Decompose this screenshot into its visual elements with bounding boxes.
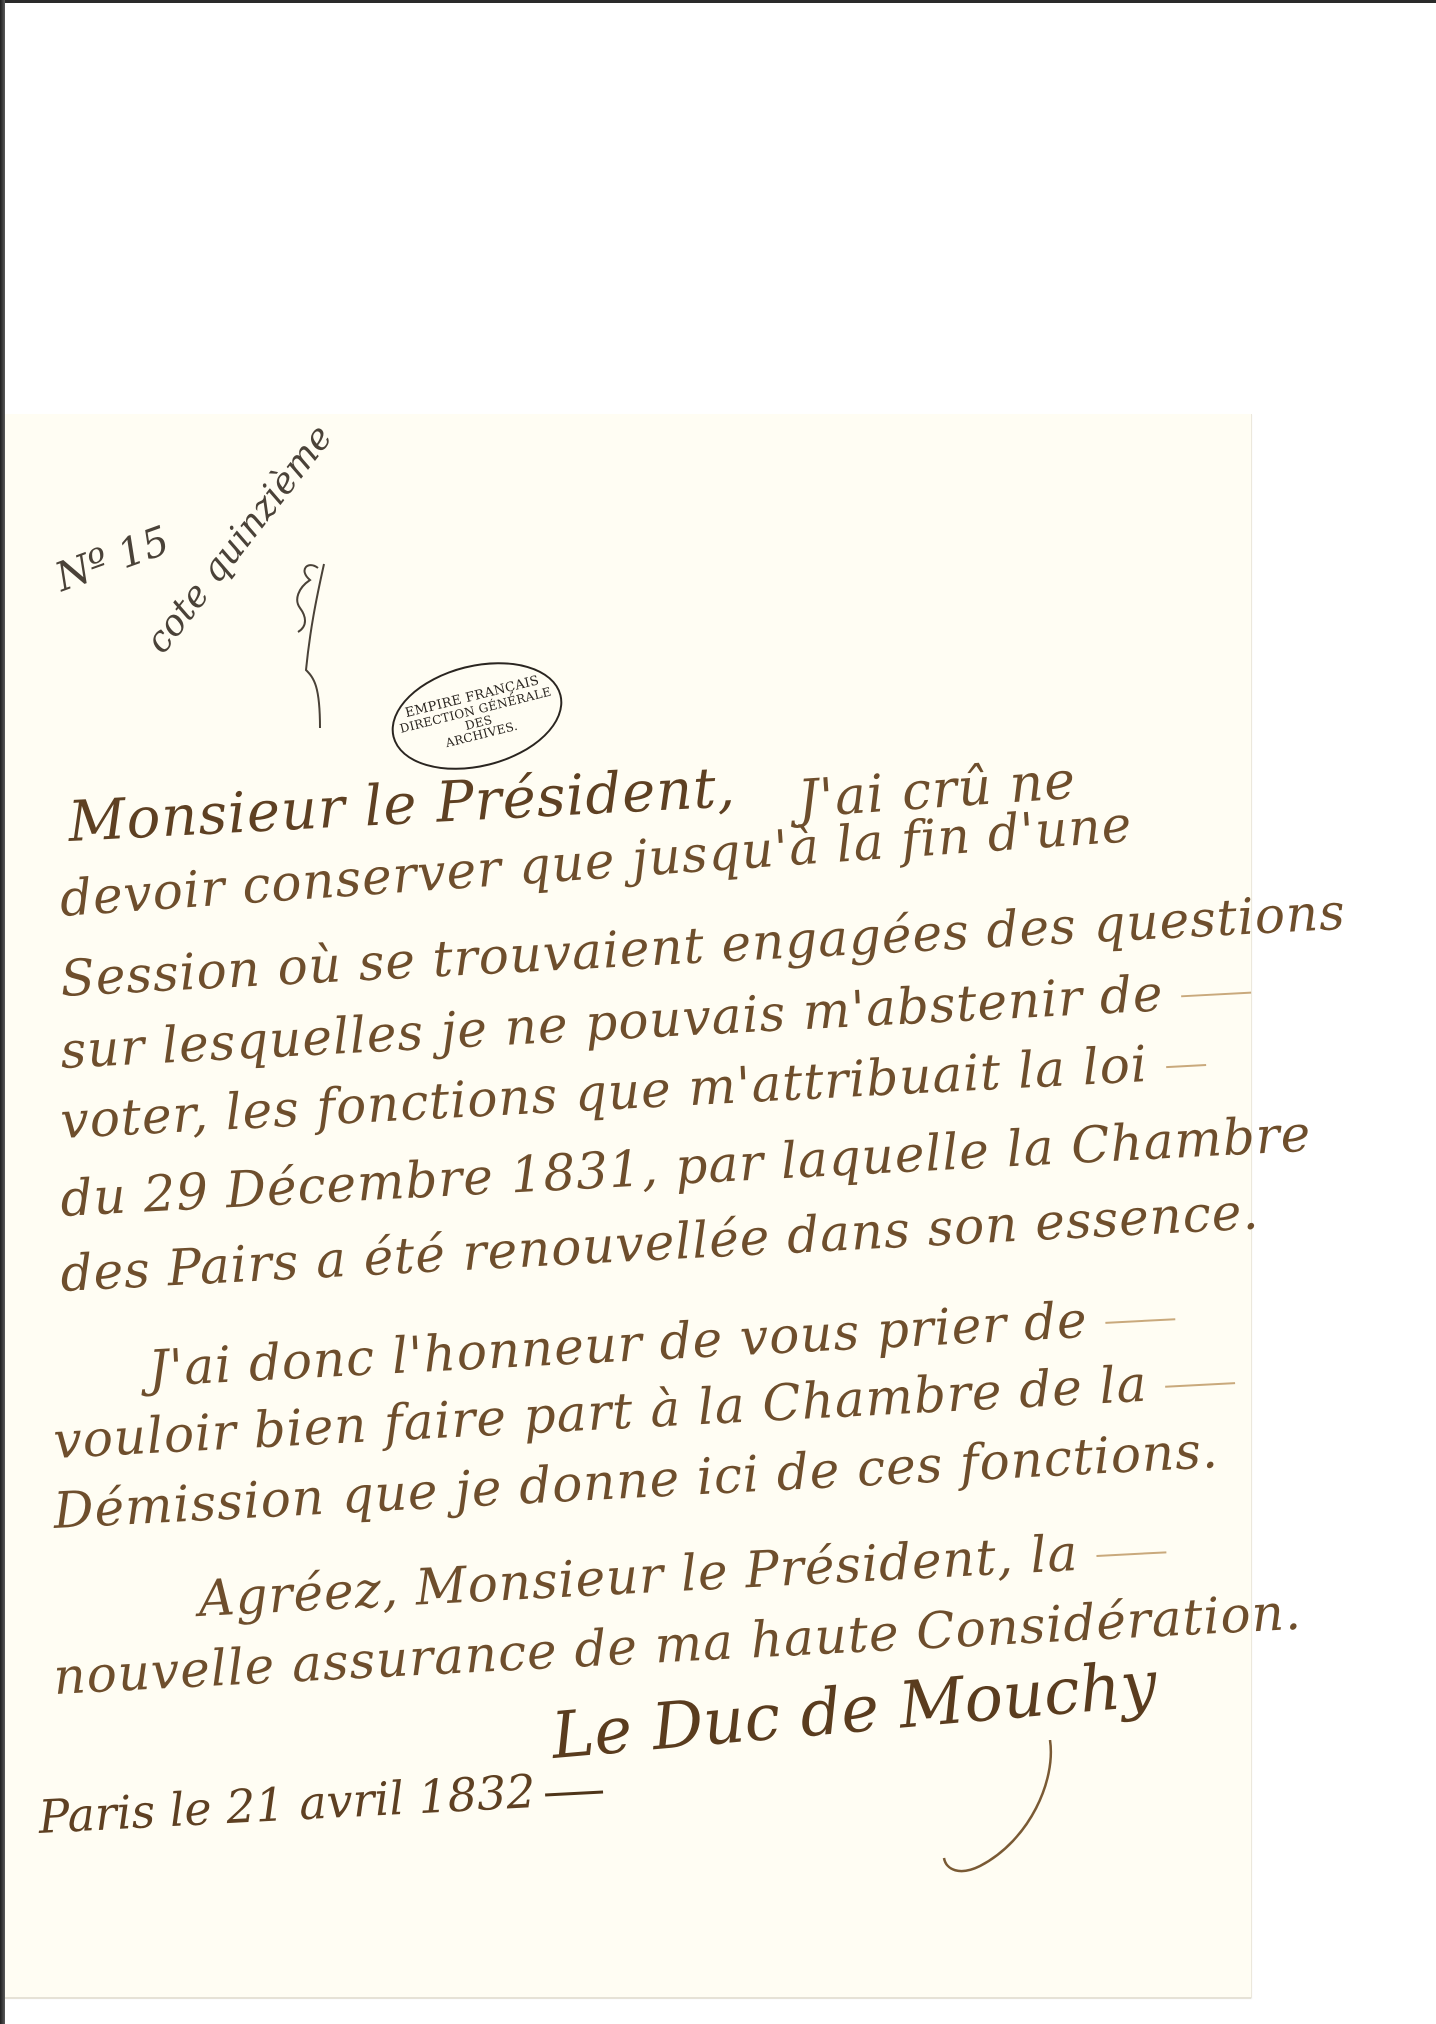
signature-flourish-icon [860, 1740, 1060, 1880]
paraph-icon [290, 560, 350, 730]
line-filler-dash [1096, 1551, 1166, 1557]
line-filler-dash [1181, 992, 1251, 998]
date-underline-dash [545, 1790, 603, 1796]
scan-border-top [0, 0, 1436, 3]
line-filler-dash [1166, 1064, 1206, 1068]
paper-edge [5, 1997, 1251, 1999]
line-filler-dash [1165, 1382, 1235, 1388]
line-filler-dash [1106, 1318, 1176, 1324]
